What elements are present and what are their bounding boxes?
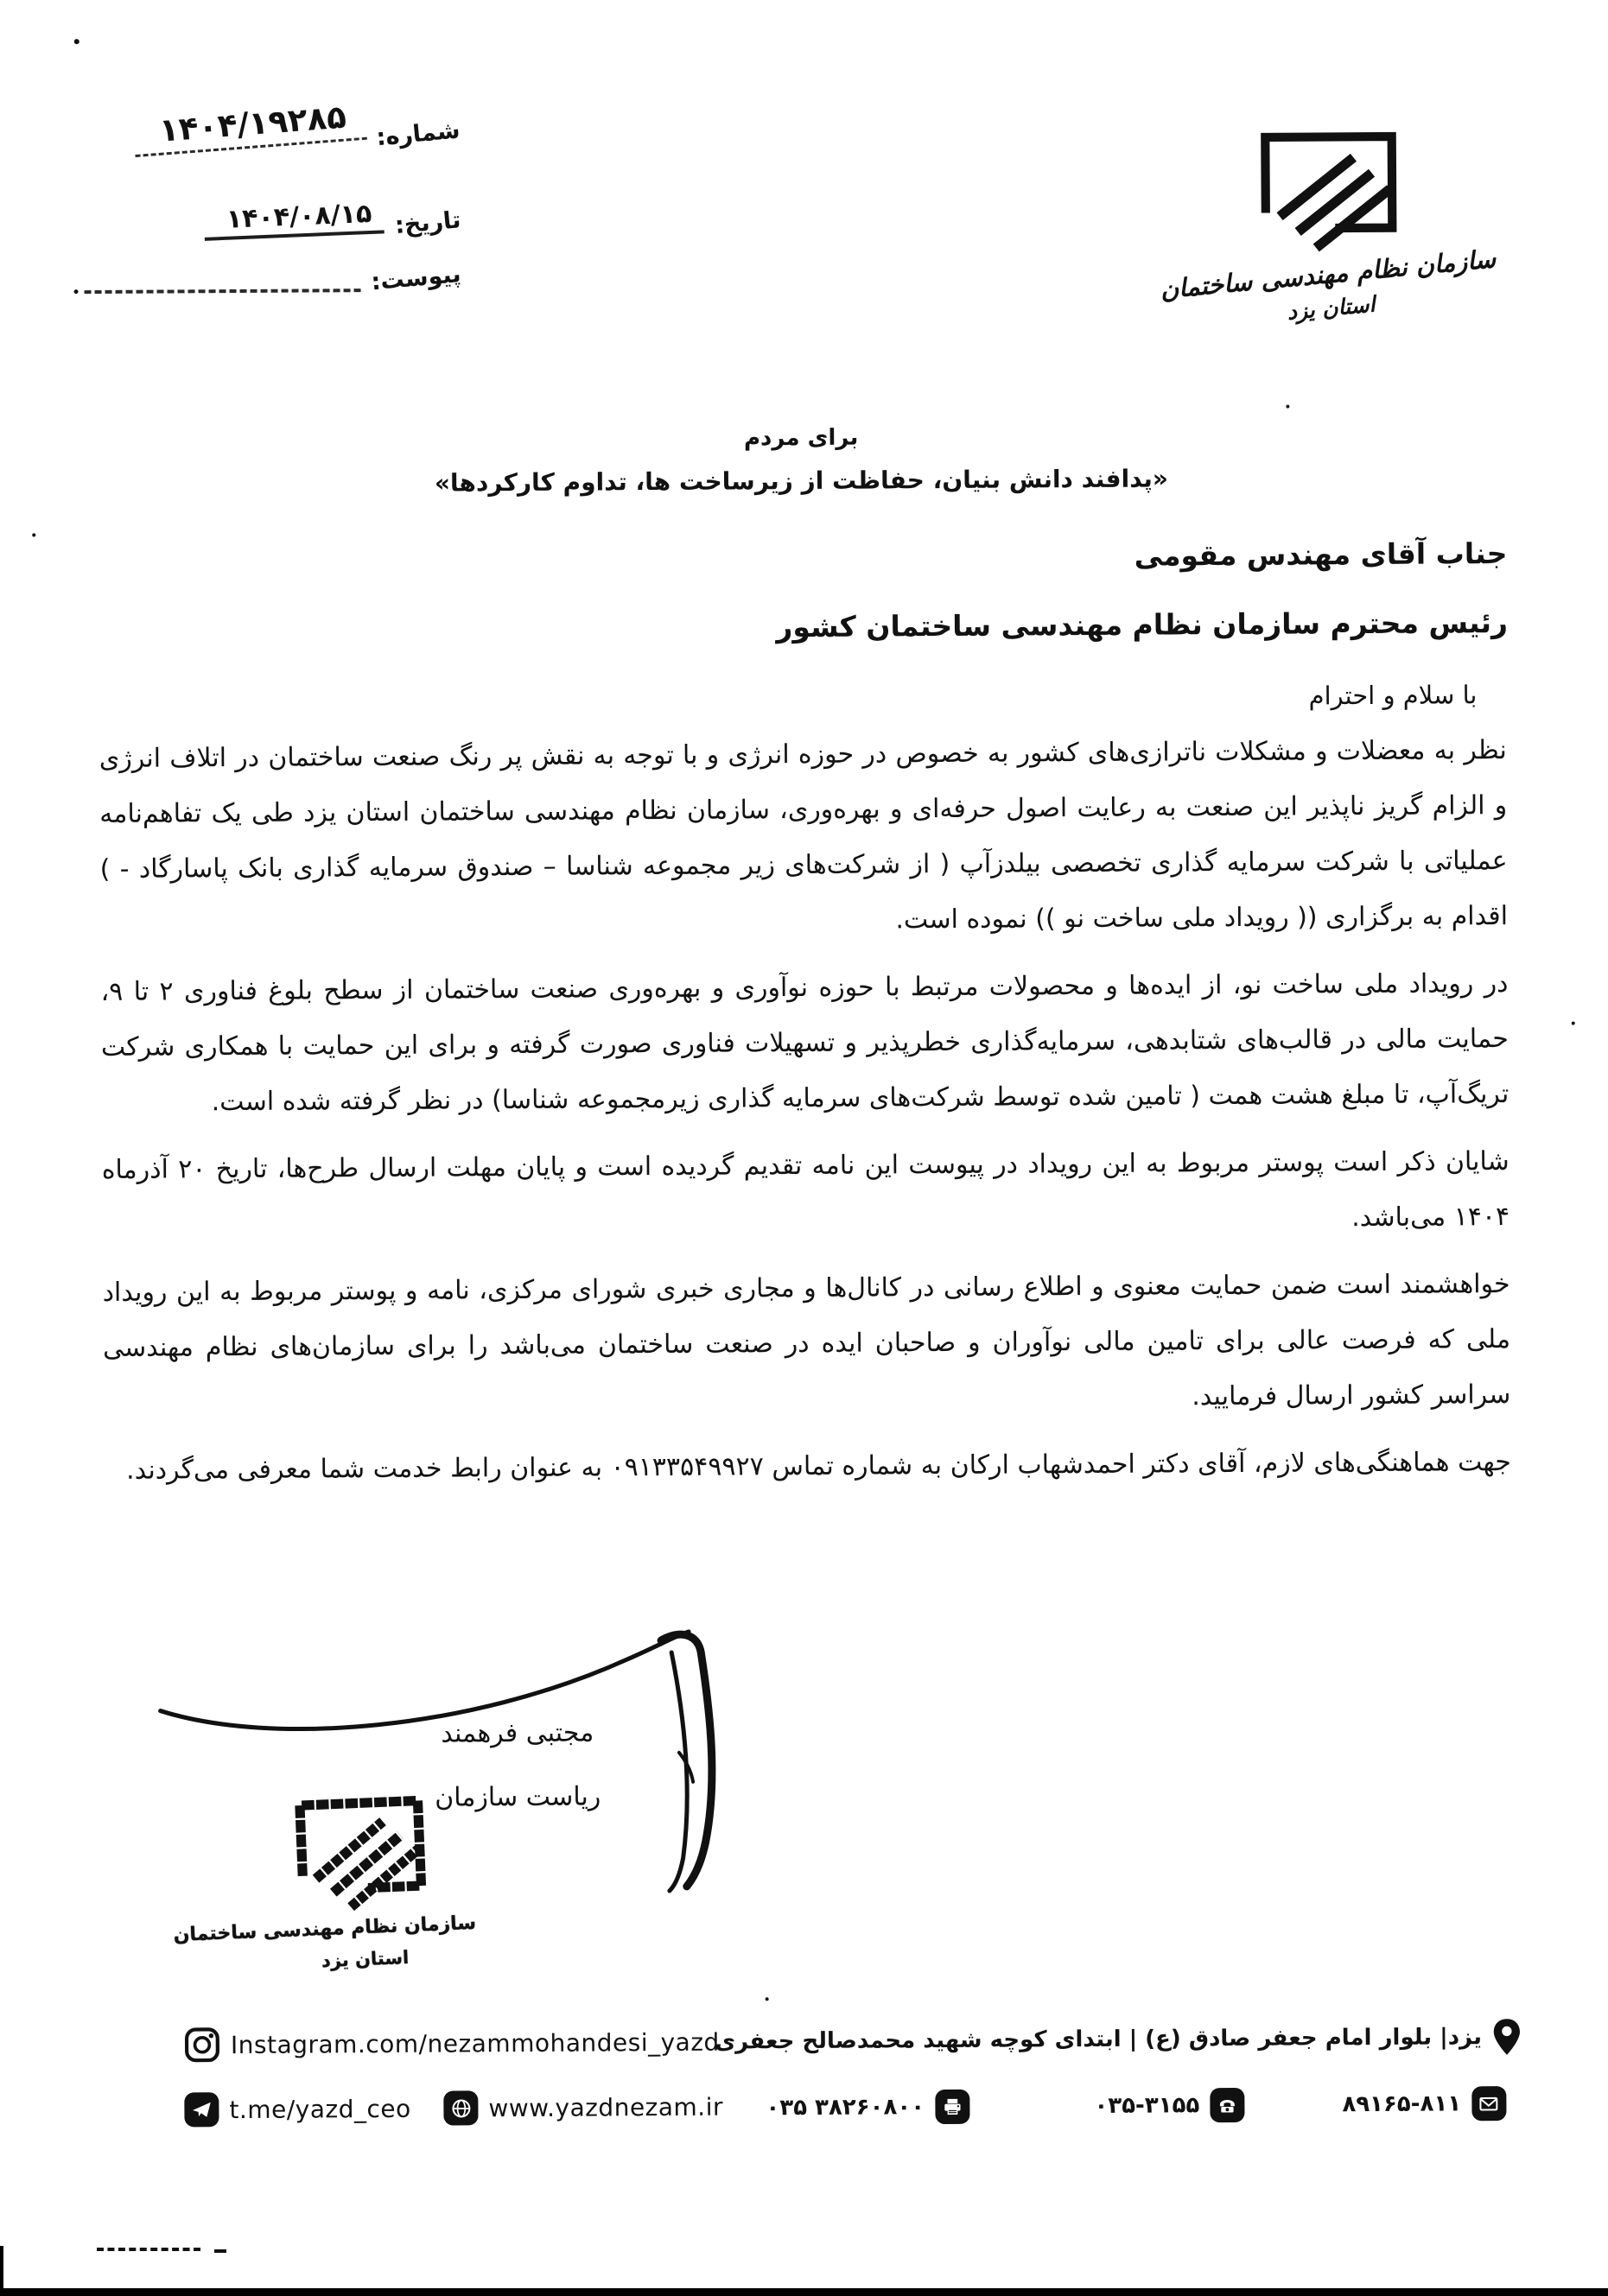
footer-instagram: Instagram.com/nezammohandesi_yazd xyxy=(184,2024,720,2064)
location-pin-icon xyxy=(1492,2017,1522,2057)
attachment-blank-line xyxy=(84,263,360,294)
footer-phone: ۰۳۵-۳۱۵۵ xyxy=(1094,2088,1244,2123)
fax-icon xyxy=(935,2090,969,2124)
stamp-text: سازمان نظام مهندسی ساختمان استان یزد xyxy=(251,1912,478,1975)
organization-name-calligraphy: سازمان نظام مهندسی ساختمان استان یزد xyxy=(1146,243,1513,338)
scan-artifact-dashes xyxy=(97,2248,200,2251)
address-text: یزد| بلوار امام جعفر صادق (ع) | ابتدای ک… xyxy=(715,2024,1482,2054)
telegram-handle: t.me/yazd_ceo xyxy=(229,2094,410,2123)
footer-fax: ۰۳۵ ۳۸۲۶۰۸۰۰ xyxy=(766,2090,969,2125)
body-paragraph-3: شایان ذکر است پوستر مربوط به این رویداد … xyxy=(102,1134,1510,1253)
stamp-organization-name: سازمان نظام مهندسی ساختمان xyxy=(251,1912,477,1944)
footer-telegram: t.me/yazd_ceo xyxy=(184,2091,411,2128)
letter-date-label: تاریخ: xyxy=(394,206,462,239)
letter-date-row: تاریخ: ۱۴۰۴/۰۸/۱۵ xyxy=(63,200,461,238)
letter-number-value: ۱۴۰۴/۱۹۲۸۵ xyxy=(132,97,367,157)
slogan-line2: «پدافند دانش بنیان، حفاظت از زیرساخت ها،… xyxy=(0,461,1605,499)
recipient-title: رئیس محترم سازمان نظام مهندسی ساختمان کش… xyxy=(97,588,1508,666)
phone-number: ۰۳۵-۳۱۵۵ xyxy=(1094,2092,1199,2119)
letter-number-label: شماره: xyxy=(375,117,461,151)
official-stamp: سازمان نظام مهندسی ساختمان استان یزد xyxy=(246,1783,478,1974)
body-paragraph-1: نظر به معضلات و مشکلات ناترازی‌های کشور … xyxy=(99,723,1509,953)
scan-speck xyxy=(74,39,79,44)
envelope-icon xyxy=(1471,2086,1506,2121)
instagram-handle: Instagram.com/nezammohandesi_yazd xyxy=(231,2027,720,2058)
scan-speck xyxy=(1572,1022,1575,1025)
telegram-icon xyxy=(184,2092,219,2127)
phone-icon xyxy=(1210,2088,1244,2122)
greeting: با سلام و احترام xyxy=(1308,680,1477,710)
handwritten-signature xyxy=(143,1622,818,1920)
slogan-block: برای مردم «پدافند دانش بنیان، حفاظت از ز… xyxy=(0,420,1605,499)
postal-code: ۸۹۱۶۵-۸۱۱ xyxy=(1342,2090,1461,2117)
globe-icon xyxy=(443,2090,478,2125)
instagram-icon xyxy=(184,2026,220,2063)
body-paragraph-4: خواهشمند است ضمن حمایت معنوی و اطلاع رسا… xyxy=(102,1257,1510,1431)
footer-address: یزد| بلوار امام جعفر صادق (ع) | ابتدای ک… xyxy=(715,2017,1522,2062)
stamp-province: استان یزد xyxy=(252,1944,478,1975)
scanned-letter-page: شماره: ۱۴۰۴/۱۹۲۸۵ تاریخ: ۱۴۰۴/۰۸/۱۵ پیوس… xyxy=(0,0,1608,2296)
fax-number: ۰۳۵ ۳۸۲۶۰۸۰۰ xyxy=(766,2094,925,2121)
slogan-line1: برای مردم xyxy=(0,420,1605,455)
scan-speck xyxy=(1286,405,1289,409)
scan-speck xyxy=(32,533,35,536)
footer-postal-code: ۸۹۱۶۵-۸۱۱ xyxy=(1342,2086,1506,2122)
scan-speck xyxy=(766,1997,769,2001)
scan-speck xyxy=(74,289,79,294)
letter-date-value: ۱۴۰۴/۰۸/۱۵ xyxy=(204,198,385,241)
letterhead-fields: شماره: ۱۴۰۴/۱۹۲۸۵ تاریخ: ۱۴۰۴/۰۸/۱۵ پیوس… xyxy=(62,104,461,294)
nezam-mohandesi-logo xyxy=(1250,119,1407,257)
letter-body: نظر به معضلات و مشکلات ناترازی‌های کشور … xyxy=(99,723,1511,1511)
recipient-block: جناب آقای مهندس مقومی رئیس محترم سازمان … xyxy=(96,519,1508,666)
footer-website: www.yazdnezam.ir xyxy=(443,2090,723,2126)
scan-edge-bottom xyxy=(0,2288,1608,2296)
letterhead-logo-block: سازمان نظام مهندسی ساختمان استان یزد xyxy=(1147,118,1510,322)
recipient-name: جناب آقای مهندس مقومی xyxy=(96,519,1507,597)
website-url: www.yazdnezam.ir xyxy=(488,2092,723,2122)
letter-attachment-row: پیوست: xyxy=(63,262,461,294)
stamp-logo xyxy=(286,1785,436,1917)
body-paragraph-2: در رویداد ملی ساخت نو، از ایده‌ها و محصو… xyxy=(100,956,1509,1131)
letter-number-row: شماره: ۱۴۰۴/۱۹۲۸۵ xyxy=(62,104,460,149)
body-paragraph-5: جهت هماهنگی‌های لازم، آقای دکتر احمدشهاب… xyxy=(104,1435,1511,1499)
letter-attachment-label: پیوست: xyxy=(370,261,461,296)
scan-artifact-dash xyxy=(214,2249,226,2253)
